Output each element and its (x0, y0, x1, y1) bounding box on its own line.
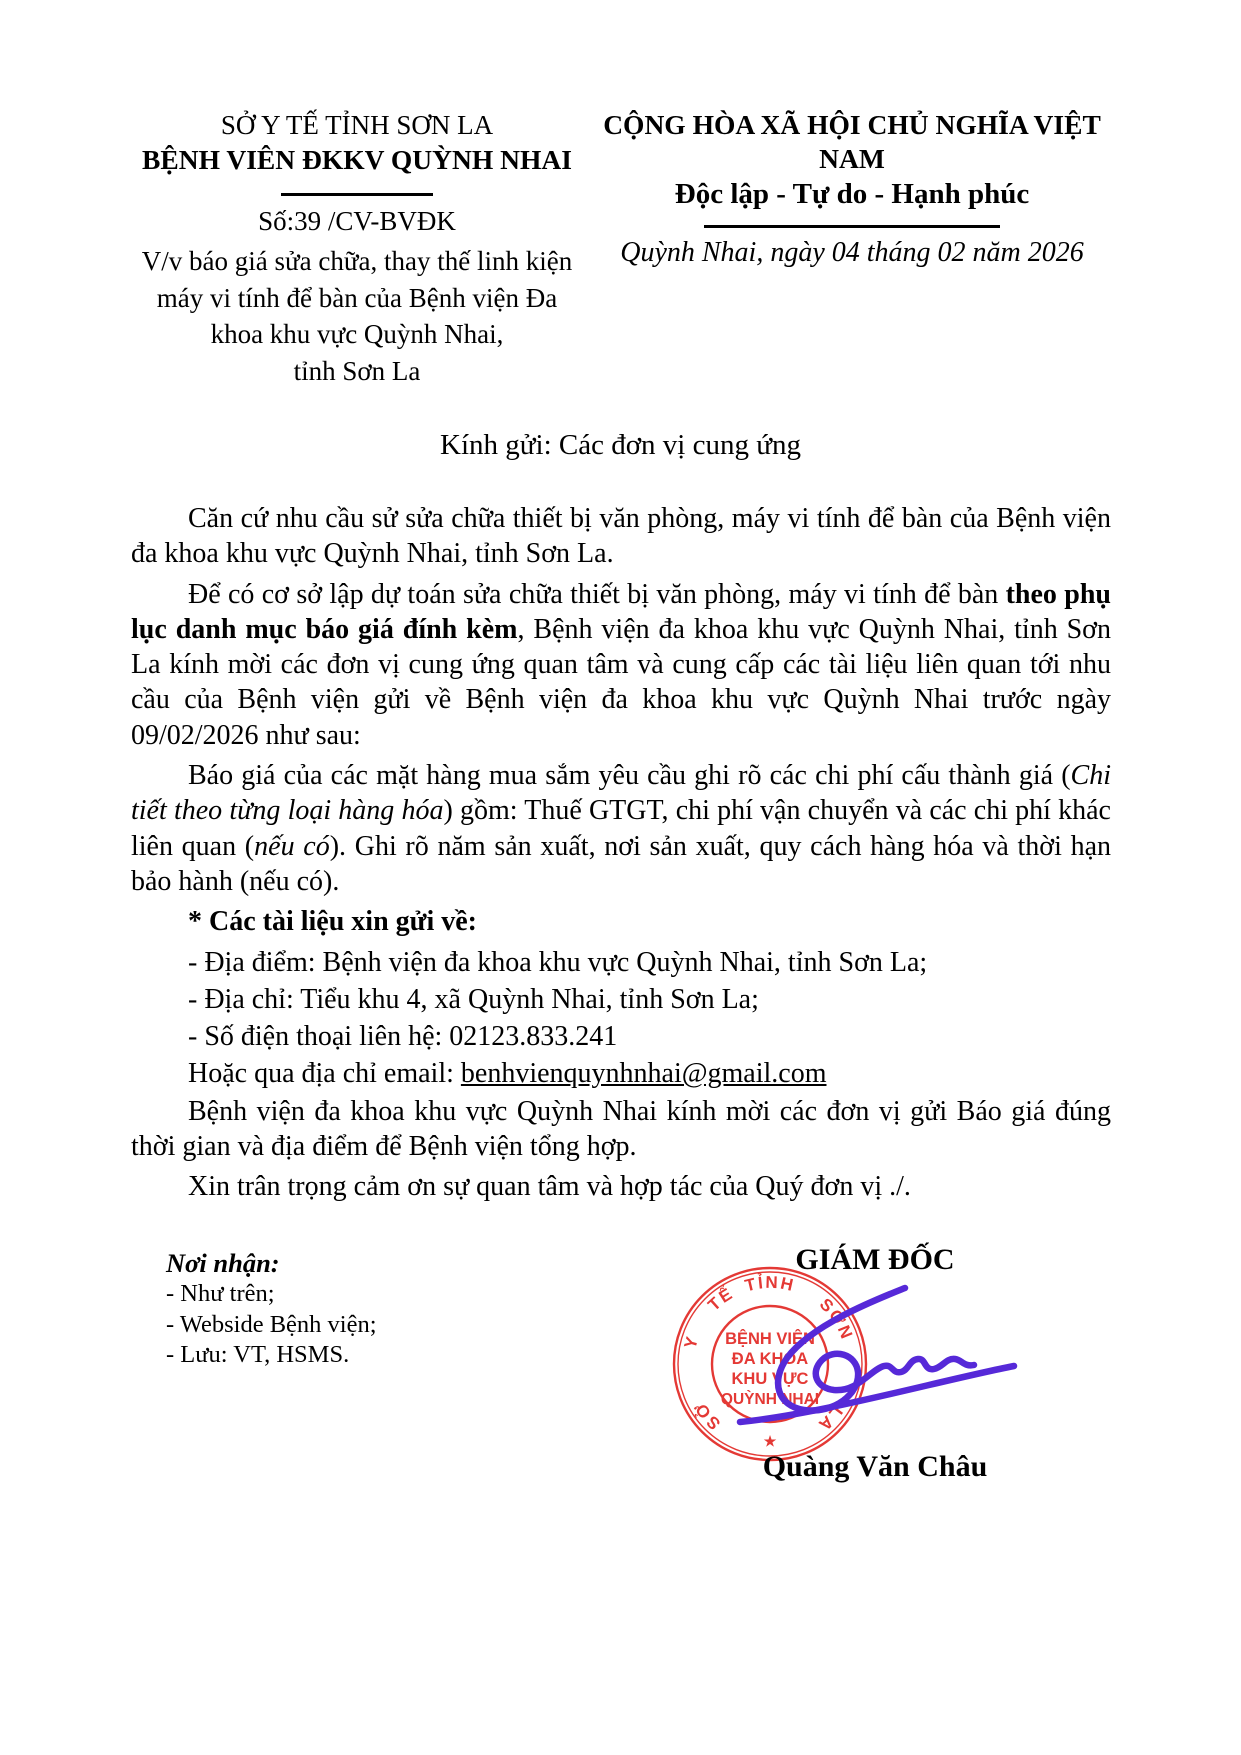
document-page: SỞ Y TẾ TỈNH SƠN LA BỆNH VIÊN ĐKKV QUỲNH… (0, 0, 1241, 1755)
stamp-ring-word: Y (681, 1333, 703, 1351)
signer-title: GIÁM ĐỐC (625, 1243, 1125, 1277)
list-item: - Địa chỉ: Tiểu khu 4, xã Quỳnh Nhai, tỉ… (131, 982, 1111, 1017)
subject-line: V/v báo giá sửa chữa, thay thế linh kiện (128, 243, 586, 280)
subject-line: tỉnh Sơn La (128, 353, 586, 390)
email-line: Hoặc qua địa chỉ email: benhvienquynhnha… (131, 1056, 1111, 1091)
list-item: - Địa điểm: Bệnh viện đa khoa khu vực Qu… (131, 945, 1111, 980)
subject-line: khoa khu vực Quỳnh Nhai, (128, 316, 586, 353)
documents-heading: * Các tài liệu xin gửi về: (131, 904, 1111, 939)
recipients-block: Nơi nhận: - Như trên; - Webside Bệnh việ… (166, 1247, 377, 1371)
recipients-label: Nơi nhận: (166, 1247, 377, 1279)
national-motto-line2: Độc lập - Tự do - Hạnh phúc (586, 176, 1118, 212)
paragraph-text: Để có cơ sở lập dự toán sửa chữa thiết b… (188, 579, 1006, 610)
email-label: Hoặc qua địa chỉ email: (188, 1058, 461, 1089)
header-left-block: SỞ Y TẾ TỈNH SƠN LA BỆNH VIÊN ĐKKV QUỲNH… (128, 108, 586, 389)
letter-body: Căn cứ nhu cầu sử sửa chữa thiết bị văn … (131, 501, 1111, 1210)
paragraph: Bệnh viện đa khoa khu vực Quỳnh Nhai kín… (131, 1094, 1111, 1165)
header-right-rule (704, 225, 1000, 228)
document-number: Số:39 /CV-BVĐK (128, 204, 586, 238)
email-link[interactable]: benhvienquynhnhai@gmail.com (461, 1058, 827, 1089)
paragraph: Xin trân trọng cảm ơn sự quan tâm và hợp… (131, 1169, 1111, 1204)
paragraph-text: Báo giá của các mặt hàng mua sắm yêu cầu… (188, 760, 1071, 791)
signature-stroke (778, 1288, 974, 1411)
stamp-star-icon: ★ (764, 1433, 777, 1449)
paragraph: Báo giá của các mặt hàng mua sắm yêu cầu… (131, 758, 1111, 899)
salutation: Kính gửi: Các đơn vị cung ứng (0, 429, 1241, 462)
place-date-line: Quỳnh Nhai, ngày 04 tháng 02 năm 2026 (586, 237, 1118, 269)
issuing-department: SỞ Y TẾ TỈNH SƠN LA (128, 108, 586, 142)
subject-line: máy vi tính để bàn của Bệnh viện Đa (128, 280, 586, 317)
list-item: - Số điện thoại liên hệ: 02123.833.241 (131, 1019, 1111, 1054)
document-subject: V/v báo giá sửa chữa, thay thế linh kiện… (128, 243, 586, 389)
paragraph-italic-text: nếu có (254, 831, 330, 862)
header-right-block: CỘNG HÒA XÃ HỘI CHỦ NGHĨA VIỆT NAM Độc l… (586, 108, 1118, 389)
organization-name: BỆNH VIÊN ĐKKV QUỲNH NHAI (128, 142, 586, 177)
paragraph: Căn cứ nhu cầu sử sửa chữa thiết bị văn … (131, 501, 1111, 572)
signer-name: Quàng Văn Châu (625, 1450, 1125, 1484)
header-left-rule (281, 193, 433, 196)
recipient-line: - Webside Bệnh viện; (166, 1310, 377, 1341)
recipient-line: - Như trên; (166, 1279, 377, 1310)
paragraph: Để có cơ sở lập dự toán sửa chữa thiết b… (131, 577, 1111, 753)
recipient-line: - Lưu: VT, HSMS. (166, 1340, 377, 1371)
letter-header: SỞ Y TẾ TỈNH SƠN LA BỆNH VIÊN ĐKKV QUỲNH… (128, 108, 1118, 389)
national-motto-line1: CỘNG HÒA XÃ HỘI CHỦ NGHĨA VIỆT NAM (586, 108, 1118, 176)
handwritten-signature (712, 1272, 1022, 1430)
